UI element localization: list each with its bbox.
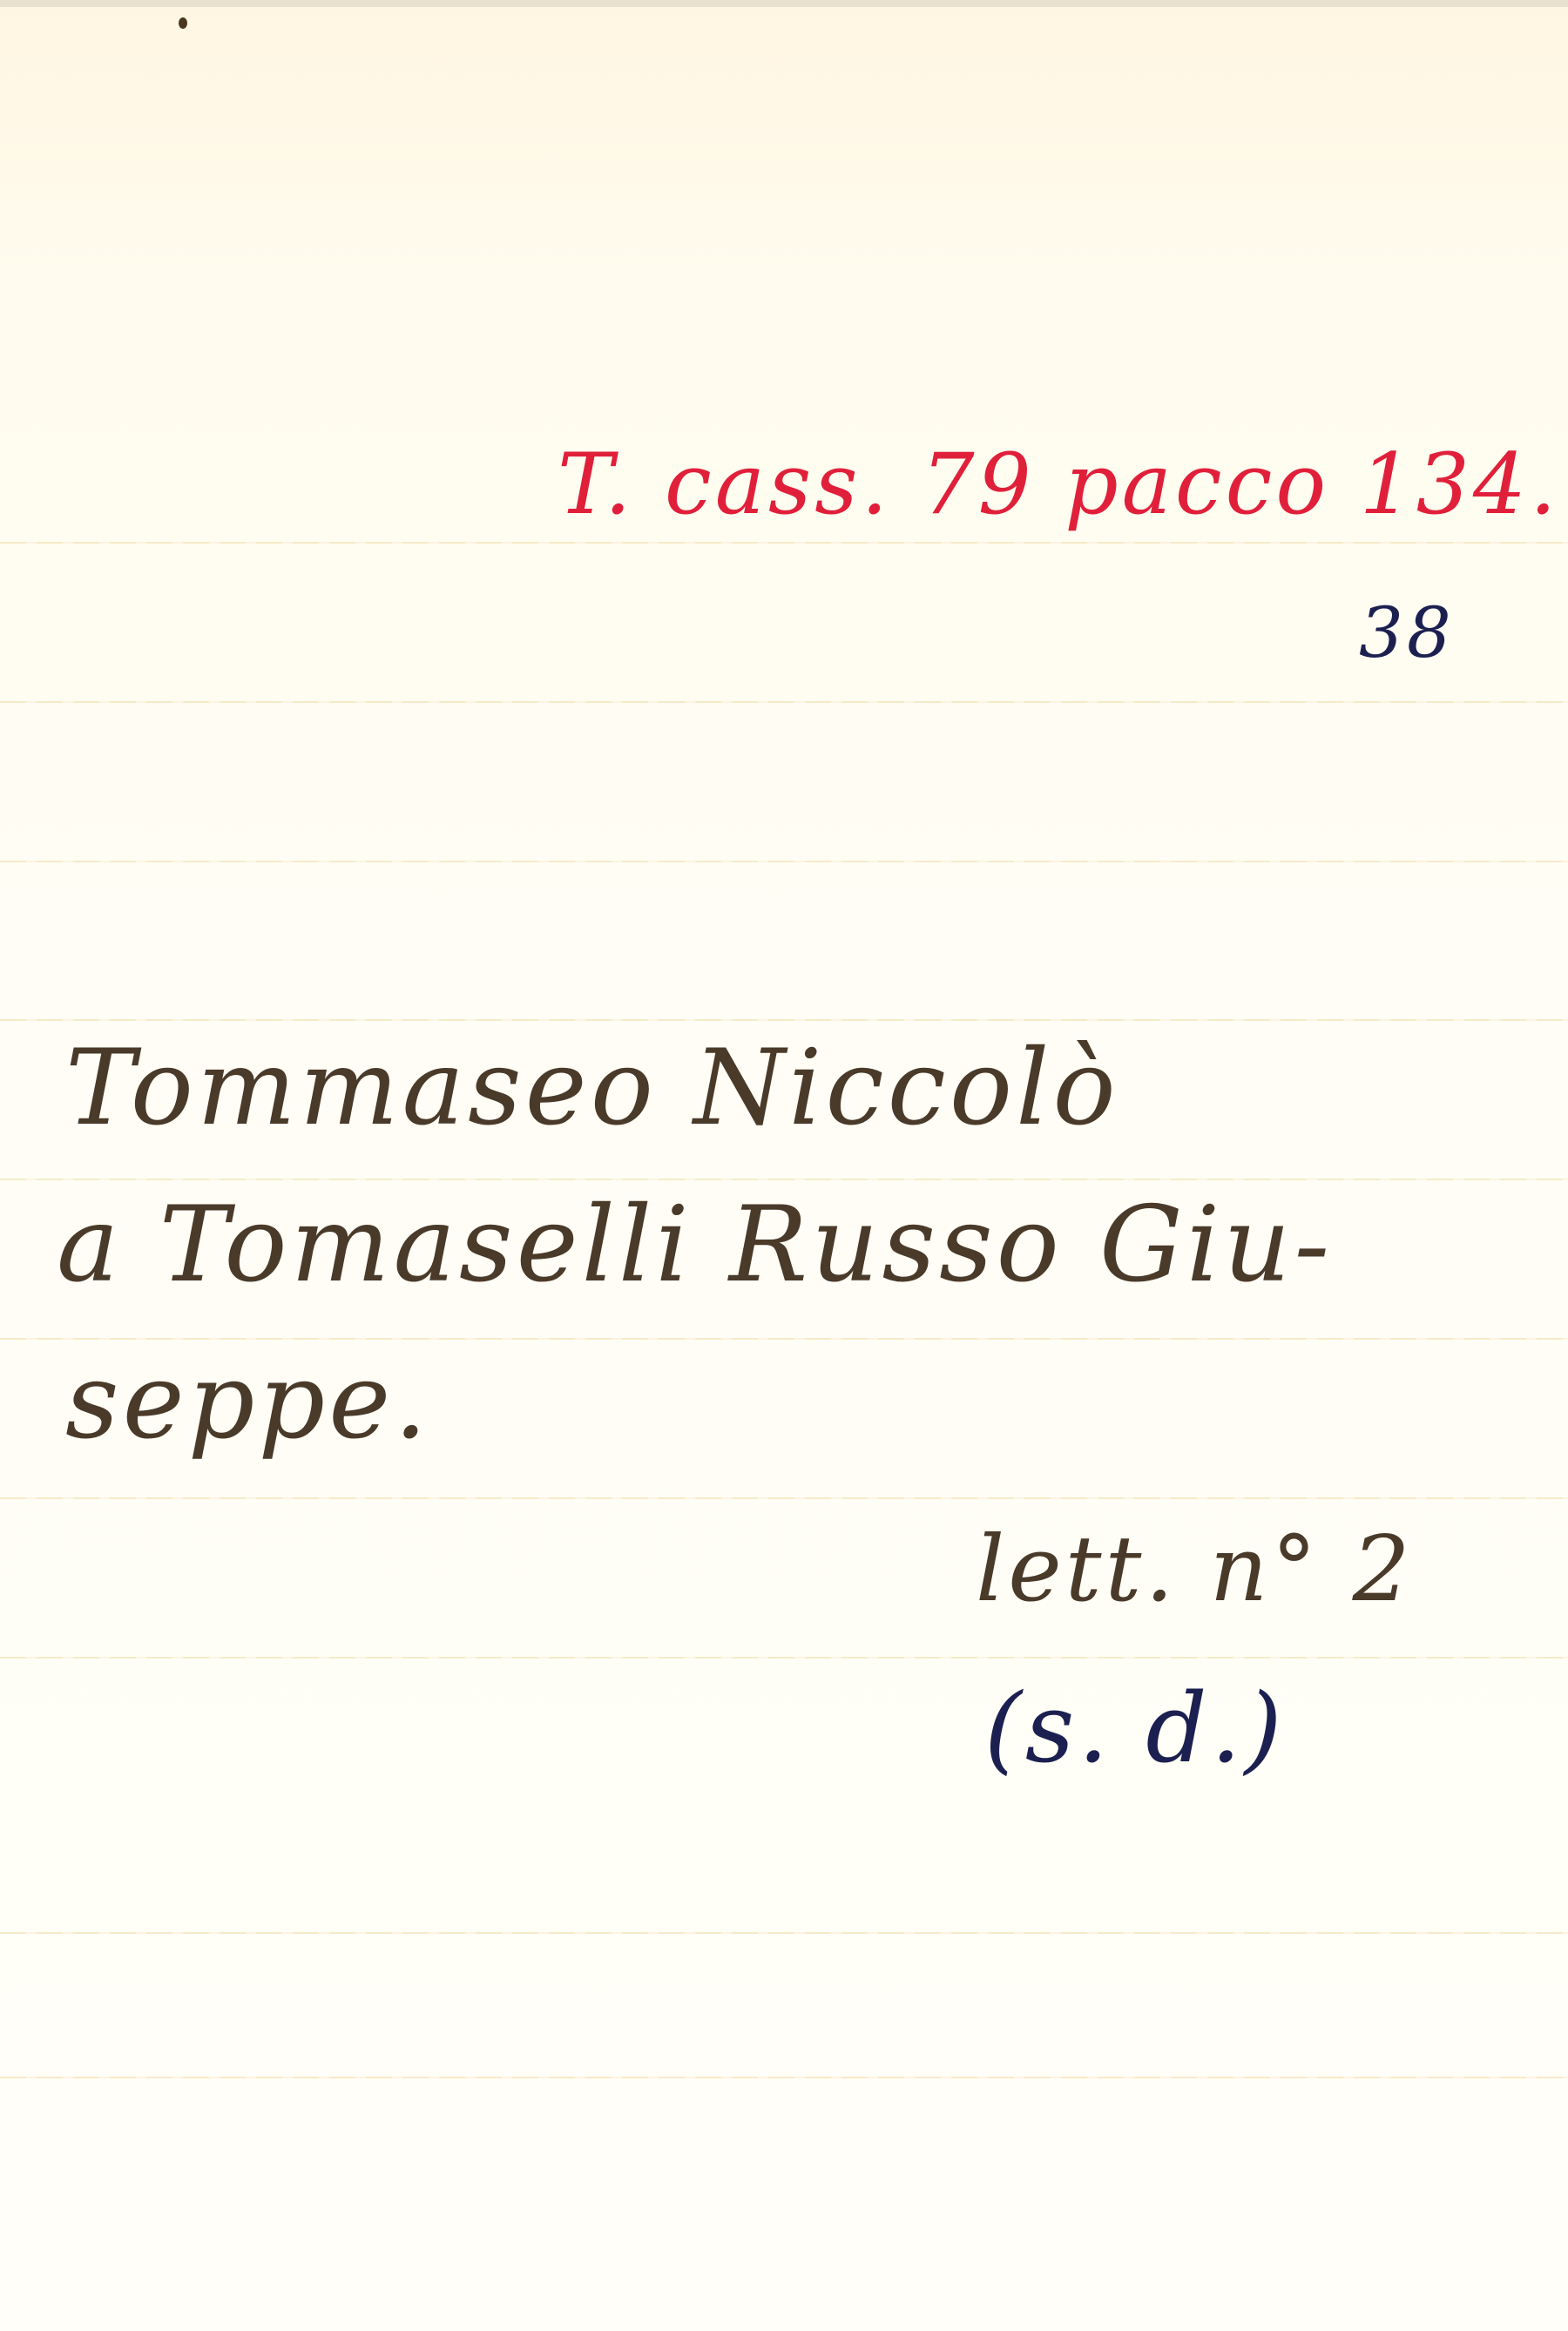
rule-line xyxy=(0,1019,1568,1021)
ink-speck xyxy=(179,17,187,29)
rule-line xyxy=(0,701,1568,703)
rule-line xyxy=(0,861,1568,862)
date-note: (s. d.) xyxy=(984,1672,1286,1784)
sequence-number: 38 xyxy=(1359,592,1455,673)
rule-line xyxy=(0,2077,1568,2078)
body-line-3: seppe. xyxy=(65,1341,430,1463)
letter-number: lett. n° 2 xyxy=(976,1516,1414,1622)
body-line-1: Tommaseo Niccolò xyxy=(65,1028,1119,1149)
body-line-2: a Tomaselli Russo Giu- xyxy=(57,1185,1333,1306)
shelfmark: T. cass. 79 pacco 134. xyxy=(558,436,1559,533)
scan-top-edge xyxy=(0,0,1568,7)
rule-line xyxy=(0,1657,1568,1659)
rule-line xyxy=(0,1338,1568,1340)
rule-line xyxy=(0,1179,1568,1180)
rule-line xyxy=(0,1932,1568,1934)
rule-line xyxy=(0,1497,1568,1499)
rule-line xyxy=(0,542,1568,544)
